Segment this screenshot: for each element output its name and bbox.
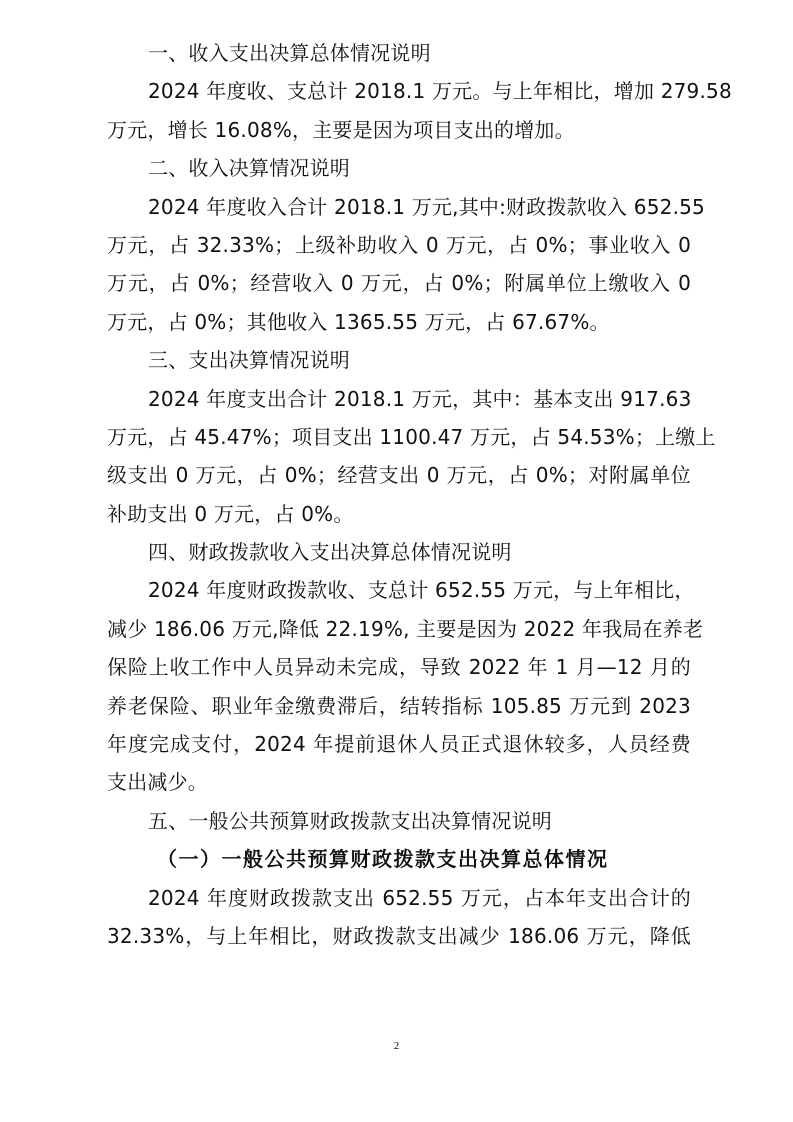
paragraph-line: 2024 年度收、支总计 2018.1 万元。与上年相比，增加 279.58 bbox=[107, 72, 691, 110]
paragraph-line: 年度完成支付，2024 年提前退休人员正式退休较多，人员经费 bbox=[107, 725, 691, 763]
paragraph-line: 万元，占 0%；其他收入 1365.55 万元，占 67.67%。 bbox=[107, 303, 691, 341]
paragraph-line: 2024 年度财政拨款支出 652.55 万元，占本年支出合计的 bbox=[107, 879, 691, 917]
paragraph-line: 保险上收工作中人员异动未完成，导致 2022 年 1 月—12 月的 bbox=[107, 648, 691, 686]
paragraph-line: 级支出 0 万元，占 0%；经营支出 0 万元，占 0%；对附属单位 bbox=[107, 456, 691, 494]
paragraph-line: 万元，增长 16.08%，主要是因为项目支出的增加。 bbox=[107, 111, 691, 149]
paragraph-line: 2024 年度财政拨款收、支总计 652.55 万元，与上年相比， bbox=[107, 571, 691, 609]
section-heading-1: 一、收入支出决算总体情况说明 bbox=[107, 34, 691, 72]
section-heading-5: 五、一般公共预算财政拨款支出决算情况说明 bbox=[107, 802, 691, 840]
paragraph-line: 万元，占 45.47%；项目支出 1100.47 万元，占 54.53%；上缴上 bbox=[107, 418, 691, 456]
section-heading-4: 四、财政拨款收入支出决算总体情况说明 bbox=[107, 533, 691, 571]
section-heading-2: 二、收入决算情况说明 bbox=[107, 149, 691, 187]
paragraph-line: 养老保险、职业年金缴费滞后，结转指标 105.85 万元到 2023 bbox=[107, 687, 691, 725]
paragraph-line: 2024 年度支出合计 2018.1 万元，其中：基本支出 917.63 bbox=[107, 380, 691, 418]
paragraph-line: 32.33%，与上年相比，财政拨款支出减少 186.06 万元，降低 bbox=[107, 917, 691, 955]
paragraph-line: 支出减少。 bbox=[107, 763, 691, 801]
paragraph-line: 2024 年度收入合计 2018.1 万元,其中:财政拨款收入 652.55 bbox=[107, 188, 691, 226]
document-page: 一、收入支出决算总体情况说明 2024 年度收、支总计 2018.1 万元。与上… bbox=[107, 34, 691, 955]
page-number: 2 bbox=[0, 1040, 793, 1052]
section-heading-3: 三、支出决算情况说明 bbox=[107, 341, 691, 379]
paragraph-line: 万元，占 32.33%；上级补助收入 0 万元，占 0%；事业收入 0 bbox=[107, 226, 691, 264]
subsection-heading: （一）一般公共预算财政拨款支出决算总体情况 bbox=[107, 840, 691, 878]
paragraph-line: 补助支出 0 万元，占 0%。 bbox=[107, 495, 691, 533]
paragraph-line: 减少 186.06 万元,降低 22.19%, 主要是因为 2022 年我局在养… bbox=[107, 610, 691, 648]
paragraph-line: 万元，占 0%；经营收入 0 万元，占 0%；附属单位上缴收入 0 bbox=[107, 264, 691, 302]
